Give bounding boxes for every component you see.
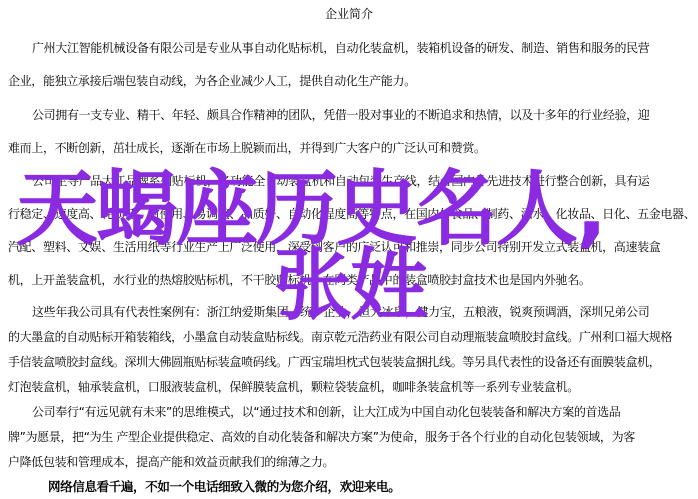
paragraph-line: 难而上，不断创新，茁壮成长，逐渐在市场上脱颖而出，并得到广大客户的广泛认可和赞赏… [8,140,698,156]
paragraph-line: 汽配、塑料、文娱、生活用纸等行业生产上广泛使用，深受到客户的广泛认可和推崇，同步… [8,239,698,255]
paragraph-line: 手信装盒喷胶封盒线。深圳大佛圆瓶贴标装盒喷码线。广西宝瑞坦枕式包装装盒捆扎线。等… [8,354,698,370]
paragraph-line: 机，上开盖装盒机，水行业的热熔胶贴标机，不干胶贴标机，在同类产品中的装盒喷胶封盒… [8,272,698,288]
paragraph-line: 行稳定、速度高、耗损低、耐使用、易调整、品质好、自动化程度高等特点，在国内外食品… [8,206,698,222]
paragraph-line: 牌”为愿景，把“为生 产型企业提供稳定、高效的自动化装备和解决方案”为使命，服务… [8,429,698,445]
paragraph-line: 公司主导产品大江品牌系列贴标机，多功能全自动装盒机和自动包装生产线，结合国内外先… [8,173,698,189]
paragraph-line: 企业，能独立承接后端包装自动线，为各企业减少人工，提供自动化生产能力。 [8,73,698,89]
page-title: 企业简介 [0,6,698,22]
paragraph-line: 户降低包装和管理成本，提高产能和效益贡献我们的绵薄之力。 [8,454,698,470]
company-profile-document: 企业简介 广州大江智能机械设备有限公司是专业从事自动化贴标机，自动化装盒机，装箱… [0,0,698,499]
paragraph-line: 广州大江智能机械设备有限公司是专业从事自动化贴标机，自动化装盒机，装箱机设备的研… [8,40,698,56]
paragraph-line: 公司奉行“有远见就有未来”的思维模式，以“通过技术和创新，让大江成为中国自动化包… [8,404,698,420]
paragraph-line: 公司拥有一支专业、精干、年轻、颇具合作精神的团队，凭借一股对事业的不断追求和热情… [8,107,698,123]
paragraph-line: 灯泡装盒机，轴承装盒机，口服液装盒机，保鲜膜装盒机，颗粒袋装盒机，咖啡条装盒机等… [8,379,698,395]
contact-callout: 网络信息看千遍，不如一个电话细致入微的为您介绍，欢迎来电。 [8,479,698,495]
paragraph-line: 的大墨盒的自动贴标开箱装箱线，小墨盒自动装盒贴标线。南京乾元浩药业有限公司自动理… [8,329,698,345]
paragraph-line: 这些年我公司具有代表性案例有：浙江纳爱斯集团，统一企业，恒大冰泉，健力宝，五粮液… [8,304,698,320]
